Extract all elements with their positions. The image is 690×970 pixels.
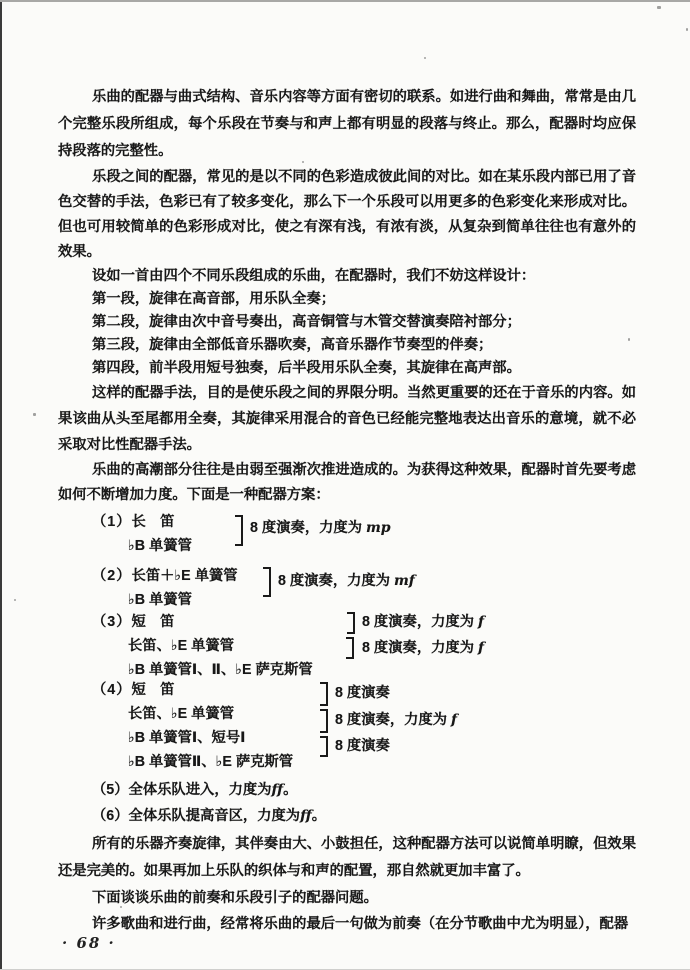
bracket-label: 8 度演奏 xyxy=(335,683,390,703)
scan-speck xyxy=(686,28,688,31)
paragraph-design-intro: 设如一首由四个不同乐段组成的乐曲，在配器时，我们不妨这样设计： xyxy=(58,265,636,288)
bracket-label-text: 8 度演奏 xyxy=(335,685,390,701)
bracket-label-text: 8 度演奏，力度为 xyxy=(362,614,478,630)
group-bracket xyxy=(320,736,328,757)
scan-speck xyxy=(543,468,545,470)
section-3-line: 第三段，旋律由全部低音乐器吹奏，高音乐器作节奏型的伴奏； xyxy=(58,334,636,357)
bracket-label: 8 度演奏，力度为 mp xyxy=(250,518,391,538)
scan-edge-left xyxy=(0,0,2,970)
scan-speck xyxy=(137,122,140,125)
paragraph-climax: 乐曲的高潮部分往往是由弱至强渐次推进造成的。为获得这种效果，配器时首先要考虑如何… xyxy=(58,458,636,508)
scheme-item-4: （4）短 笛 长笛、♭E 单簧管 ♭B 单簧管Ⅰ、短号Ⅰ ♭B 单簧管Ⅱ、♭E … xyxy=(92,678,636,774)
paragraph-contrast: 乐段之间的配器，常见的是以不同的色彩造成彼此间的对比。如在某乐段内部已用了音色交… xyxy=(58,165,636,265)
scan-speck xyxy=(657,6,661,9)
dynamic-mark: f xyxy=(478,640,484,656)
bracket-label: 8 度演奏，力度为 f xyxy=(335,710,457,730)
item-number: （4） xyxy=(92,682,132,698)
scan-speck xyxy=(424,57,426,59)
scan-edge-top xyxy=(0,0,690,2)
bracket-label: 8 度演奏，力度为 f xyxy=(362,638,484,658)
section-4-line: 第四段，前半段用短号独奏，后半段用乐队全奏，其旋律在高声部。 xyxy=(58,357,636,380)
section-1-line: 第一段，旋律在高音部，用乐队全奏； xyxy=(58,288,636,311)
page-number: · 68 · xyxy=(62,934,116,952)
instrument-name: 短 笛 xyxy=(132,614,175,630)
item-text: （5）全体乐队进入，力度为 xyxy=(92,782,272,798)
scheme-item-1: （1）长 笛 ♭B 单簧管 8 度演奏，力度为 mp xyxy=(92,510,636,558)
scan-speck xyxy=(302,161,304,163)
group-bracket xyxy=(346,637,354,659)
paragraph-next-topic: 下面谈谈乐曲的前奏和乐段引子的配器问题。 xyxy=(58,885,636,911)
group-bracket xyxy=(347,612,355,634)
scanned-book-page: 乐曲的配器与曲式结构、音乐内容等方面有密切的联系。如进行曲和舞曲，常常是由几个完… xyxy=(0,0,690,970)
bracket-label-text: 8 度演奏，力度为 xyxy=(250,520,366,536)
bracket-label-text: 8 度演奏，力度为 xyxy=(335,712,451,728)
scheme-item-3: （3）短 笛 长笛、♭E 单簧管 ♭B 单簧管Ⅰ、Ⅱ、♭E 萨克斯管 8 度演奏… xyxy=(92,610,636,682)
section-2-line: 第二段，旋律由次中音号奏出，高音铜管与木管交替演奏陪衬部分； xyxy=(58,311,636,334)
scan-speck xyxy=(33,413,36,416)
bracket-label: 8 度演奏，力度为 f xyxy=(362,612,484,632)
item-text: （6）全体乐队提高音区，力度为 xyxy=(92,808,300,824)
instrument-name: 长笛＋♭E 单簧管 xyxy=(132,568,238,584)
bracket-label-text: 8 度演奏 xyxy=(335,738,390,754)
scheme-item-2: （2）长笛＋♭E 单簧管 ♭B 单簧管 8 度演奏，力度为 mf xyxy=(92,564,636,612)
paragraph-overview: 乐曲的配器与曲式结构、音乐内容等方面有密切的联系。如进行曲和舞曲，常常是由几个完… xyxy=(58,84,636,165)
dynamic-mark: mf xyxy=(394,573,415,589)
bracket-label: 8 度演奏 xyxy=(335,736,390,756)
item-number: （2） xyxy=(92,568,132,584)
dynamic-mark: ff xyxy=(300,808,312,824)
instrument-name: 长 笛 xyxy=(132,514,175,530)
bracket-label-text: 8 度演奏，力度为 xyxy=(362,640,478,656)
paragraph-prelude: 许多歌曲和进行曲，经常将乐曲的最后一句做为前奏（在分节歌曲中尤为明显），配器 xyxy=(58,911,636,937)
scan-speck xyxy=(14,599,16,601)
dynamic-mark: ff xyxy=(272,782,284,798)
orchestration-scheme: （1）长 笛 ♭B 单簧管 8 度演奏，力度为 mp （2）长笛＋♭E 单簧管 … xyxy=(58,510,636,829)
bracket-label-text: 8 度演奏，力度为 xyxy=(278,573,394,589)
bracket-label: 8 度演奏，力度为 mf xyxy=(278,571,415,591)
group-bracket xyxy=(320,709,328,733)
dynamic-mark: mp xyxy=(366,520,391,536)
group-bracket xyxy=(320,682,328,706)
group-bracket xyxy=(235,515,243,546)
item-text: 。 xyxy=(312,808,326,824)
item-number: （3） xyxy=(92,614,132,630)
dynamic-mark: f xyxy=(451,712,457,728)
paragraph-purpose: 这样的配器手法，目的是使乐段之间的界限分明。当然更重要的还在于音乐的内容。如果该… xyxy=(58,380,636,458)
scan-speck xyxy=(120,906,122,908)
item-number: （1） xyxy=(92,514,132,530)
instrument-line: ♭B 单簧管 xyxy=(128,588,636,612)
item-text: 。 xyxy=(283,782,297,798)
paragraph-tutti: 所有的乐器齐奏旋律，其伴奏由大、小鼓担任，这种配器方法可以说简单明瞭，但效果还是… xyxy=(58,831,636,885)
scheme-item-5: （5）全体乐队进入，力度为ff。 xyxy=(92,777,636,803)
scan-speck xyxy=(628,338,630,341)
scheme-item-6: （6）全体乐队提高音区，力度为ff。 xyxy=(92,803,636,829)
group-bracket xyxy=(263,567,271,597)
dynamic-mark: f xyxy=(478,614,484,630)
instrument-name: 短 笛 xyxy=(132,682,175,698)
